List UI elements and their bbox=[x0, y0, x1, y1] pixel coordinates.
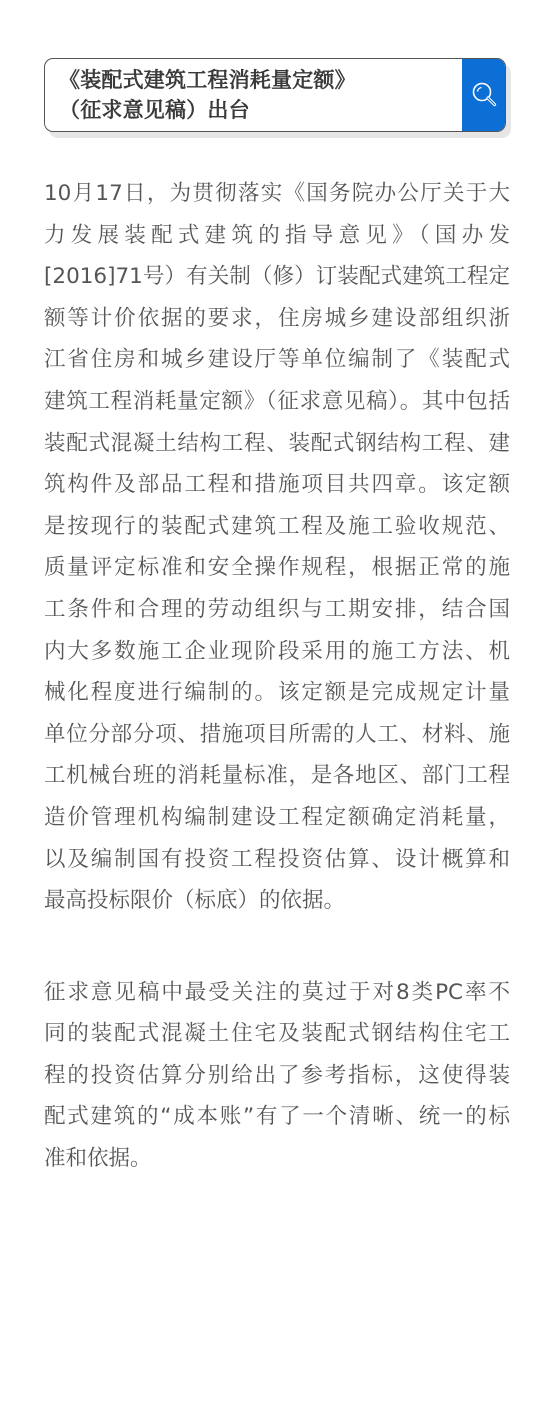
text-line: 最高投标限价（标底）的依据。 bbox=[44, 880, 510, 922]
text-line: 程的投资估算分别给出了参考指标，这使得装 bbox=[44, 1055, 510, 1097]
text-line: 是按现行的装配式建筑工程及施工验收规范、 bbox=[44, 506, 510, 548]
text-line: 准和依据。 bbox=[44, 1138, 510, 1180]
text-line: 同的装配式混凝土住宅及装配式钢结构住宅工 bbox=[44, 1013, 510, 1055]
text-line: [2016]71号）有关制（修）订装配式建筑工程定 bbox=[44, 256, 510, 298]
text-line: 筑构件及部品工程和措施项目共四章。该定额 bbox=[44, 464, 510, 506]
text-line: 装配式混凝土结构工程、装配式钢结构工程、建 bbox=[44, 423, 510, 465]
search-title: 《装配式建筑工程消耗量定额》 （征求意见稿）出台 bbox=[59, 65, 459, 125]
article-body: 10月17日，为贯彻落实《国务院办公厅关于大 力发展装配式建筑的指导意见》（国办… bbox=[44, 173, 510, 1180]
text-line: 建筑工程消耗量定额》（征求意见稿）。其中包括 bbox=[44, 381, 510, 423]
text-line: 质量评定标准和安全操作规程，根据正常的施 bbox=[44, 547, 510, 589]
search-button[interactable] bbox=[462, 59, 505, 131]
text-line: 力发展装配式建筑的指导意见》（国办发 bbox=[44, 215, 510, 257]
search-title-line-2: （征求意见稿）出台 bbox=[59, 95, 459, 125]
paragraph-1: 10月17日，为贯彻落实《国务院办公厅关于大 力发展装配式建筑的指导意见》（国办… bbox=[44, 173, 510, 922]
text-line: 以及编制国有投资工程投资估算、设计概算和 bbox=[44, 839, 510, 881]
text-line: 工条件和合理的劳动组织与工期安排，结合国 bbox=[44, 589, 510, 631]
text-line: 单位分部分项、措施项目所需的人工、材料、施 bbox=[44, 714, 510, 756]
text-line: 10月17日，为贯彻落实《国务院办公厅关于大 bbox=[44, 173, 510, 215]
text-line: 械化程度进行编制的。该定额是完成规定计量 bbox=[44, 672, 510, 714]
text-line: 江省住房和城乡建设厅等单位编制了《装配式 bbox=[44, 339, 510, 381]
text-line: 内大多数施工企业现阶段采用的施工方法、机 bbox=[44, 631, 510, 673]
text-line: 配式建筑的“成本账”有了一个清晰、统一的标 bbox=[44, 1096, 510, 1138]
search-box: 《装配式建筑工程消耗量定额》 （征求意见稿）出台 bbox=[44, 58, 506, 132]
paragraph-2: 征求意见稿中最受关注的莫过于对8类PC率不 同的装配式混凝土住宅及装配式钢结构住… bbox=[44, 972, 510, 1180]
search-title-line-1: 《装配式建筑工程消耗量定额》 bbox=[59, 65, 459, 95]
search-field[interactable]: 《装配式建筑工程消耗量定额》 （征求意见稿）出台 bbox=[44, 58, 506, 132]
text-line: 征求意见稿中最受关注的莫过于对8类PC率不 bbox=[44, 972, 510, 1014]
text-line: 造价管理机构编制建设工程定额确定消耗量， bbox=[44, 797, 510, 839]
text-line: 额等计价依据的要求，住房城乡建设部组织浙 bbox=[44, 298, 510, 340]
search-icon bbox=[471, 81, 497, 109]
text-line: 工机械台班的消耗量标准，是各地区、部门工程 bbox=[44, 755, 510, 797]
